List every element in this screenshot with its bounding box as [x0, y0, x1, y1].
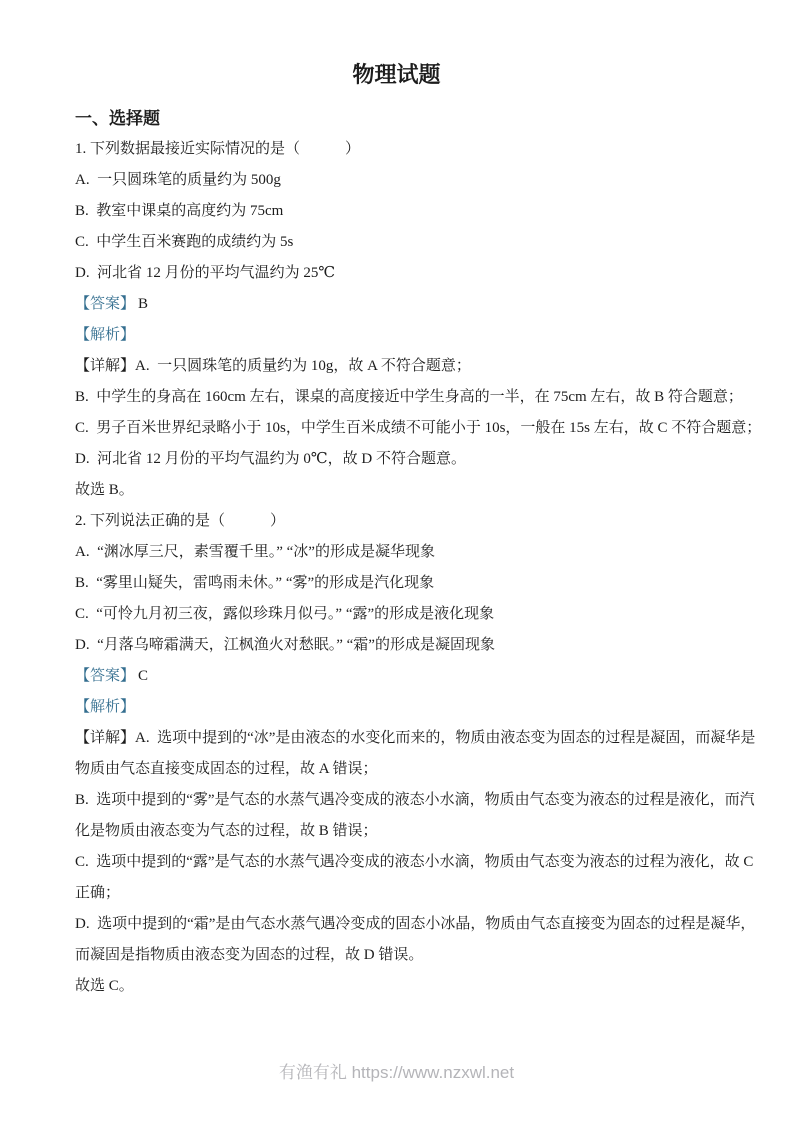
q2-detail-line-4: 化是物质由液态变为气态的过程，故 B 错误；: [75, 816, 736, 847]
q1-option-a: A. 一只圆珠笔的质量约为 500g: [75, 165, 736, 196]
q2-option-c: C. “可怜九月初三夜，露似珍珠月似弓。” “露”的形成是液化现象: [75, 599, 736, 630]
q1-answer-label: 【答案】: [75, 296, 135, 312]
q1-detail-line-2: B. 中学生的身高在 160cm 左右，课桌的高度接近中学生身高的一半，在 75…: [75, 382, 736, 413]
q1-detail-line-1: 【详解】A. 一只圆珠笔的质量约为 10g，故 A 不符合题意；: [75, 351, 736, 382]
q2-detail-line-6: 正确；: [75, 878, 736, 909]
q2-stem: 2. 下列说法正确的是（ ）: [75, 506, 736, 537]
q2-detail-line-7: D. 选项中提到的“霜”是由气态水蒸气遇冷变成的固态小冰晶，物质由气态直接变为固…: [75, 909, 736, 940]
q2-analysis-label: 【解析】: [75, 699, 135, 715]
q2-analysis: 【解析】: [75, 692, 736, 723]
footer-watermark: 有渔有礼 https://www.nzxwl.net: [0, 1058, 793, 1083]
q2-detail-line-3: B. 选项中提到的“雾”是气态的水蒸气遇冷变成的液态小水滴，物质由气态变为液态的…: [75, 785, 736, 816]
page-title: 物理试题: [0, 60, 793, 90]
q1-detail-line-4: D. 河北省 12 月份的平均气温约为 0℃，故 D 不符合题意。: [75, 444, 736, 475]
q1-option-b: B. 教室中课桌的高度约为 75cm: [75, 196, 736, 227]
q1-answer-value: B: [138, 296, 148, 312]
q1-analysis-label: 【解析】: [75, 327, 135, 343]
q2-answer: 【答案】C: [75, 661, 736, 692]
q2-detail-line-8: 而凝固是指物质由液态变为固态的过程，故 D 错误。: [75, 940, 736, 971]
q1-stem: 1. 下列数据最接近实际情况的是（ ）: [75, 134, 736, 165]
q2-option-a: A. “渊冰厚三尺，素雪覆千里。” “冰”的形成是凝华现象: [75, 537, 736, 568]
q1-analysis: 【解析】: [75, 320, 736, 351]
q2-detail-line-2: 物质由气态直接变成固态的过程，故 A 错误；: [75, 754, 736, 785]
q1-option-c: C. 中学生百米赛跑的成绩约为 5s: [75, 227, 736, 258]
q2-detail-line-5: C. 选项中提到的“露”是气态的水蒸气遇冷变成的液态小水滴，物质由气态变为液态的…: [75, 847, 736, 878]
q1-option-d: D. 河北省 12 月份的平均气温约为 25℃: [75, 258, 736, 289]
q1-conclusion: 故选 B。: [75, 475, 736, 506]
section-heading: 一、选择题: [75, 104, 736, 134]
q2-answer-label: 【答案】: [75, 668, 135, 684]
q2-conclusion: 故选 C。: [75, 971, 736, 1002]
q2-option-b: B. “雾里山疑失，雷鸣雨未休。” “雾”的形成是汽化现象: [75, 568, 736, 599]
question-list: 1. 下列数据最接近实际情况的是（ ） A. 一只圆珠笔的质量约为 500g B…: [75, 134, 736, 1002]
q2-detail-line-1: 【详解】A. 选项中提到的“冰”是由液态的水变化而来的，物质由液态变为固态的过程…: [75, 723, 736, 754]
q1-detail-line-3: C. 男子百米世界纪录略小于 10s，中学生百米成绩不可能小于 10s，一般在 …: [75, 413, 736, 444]
q2-answer-value: C: [138, 668, 148, 684]
document-page: 物理试题 一、选择题 1. 下列数据最接近实际情况的是（ ） A. 一只圆珠笔的…: [0, 0, 793, 1122]
q2-option-d: D. “月落乌啼霜满天，江枫渔火对愁眠。” “霜”的形成是凝固现象: [75, 630, 736, 661]
q1-answer: 【答案】B: [75, 289, 736, 320]
footer-text: 有渔有礼 https://www.nzxwl.net: [279, 1063, 514, 1082]
